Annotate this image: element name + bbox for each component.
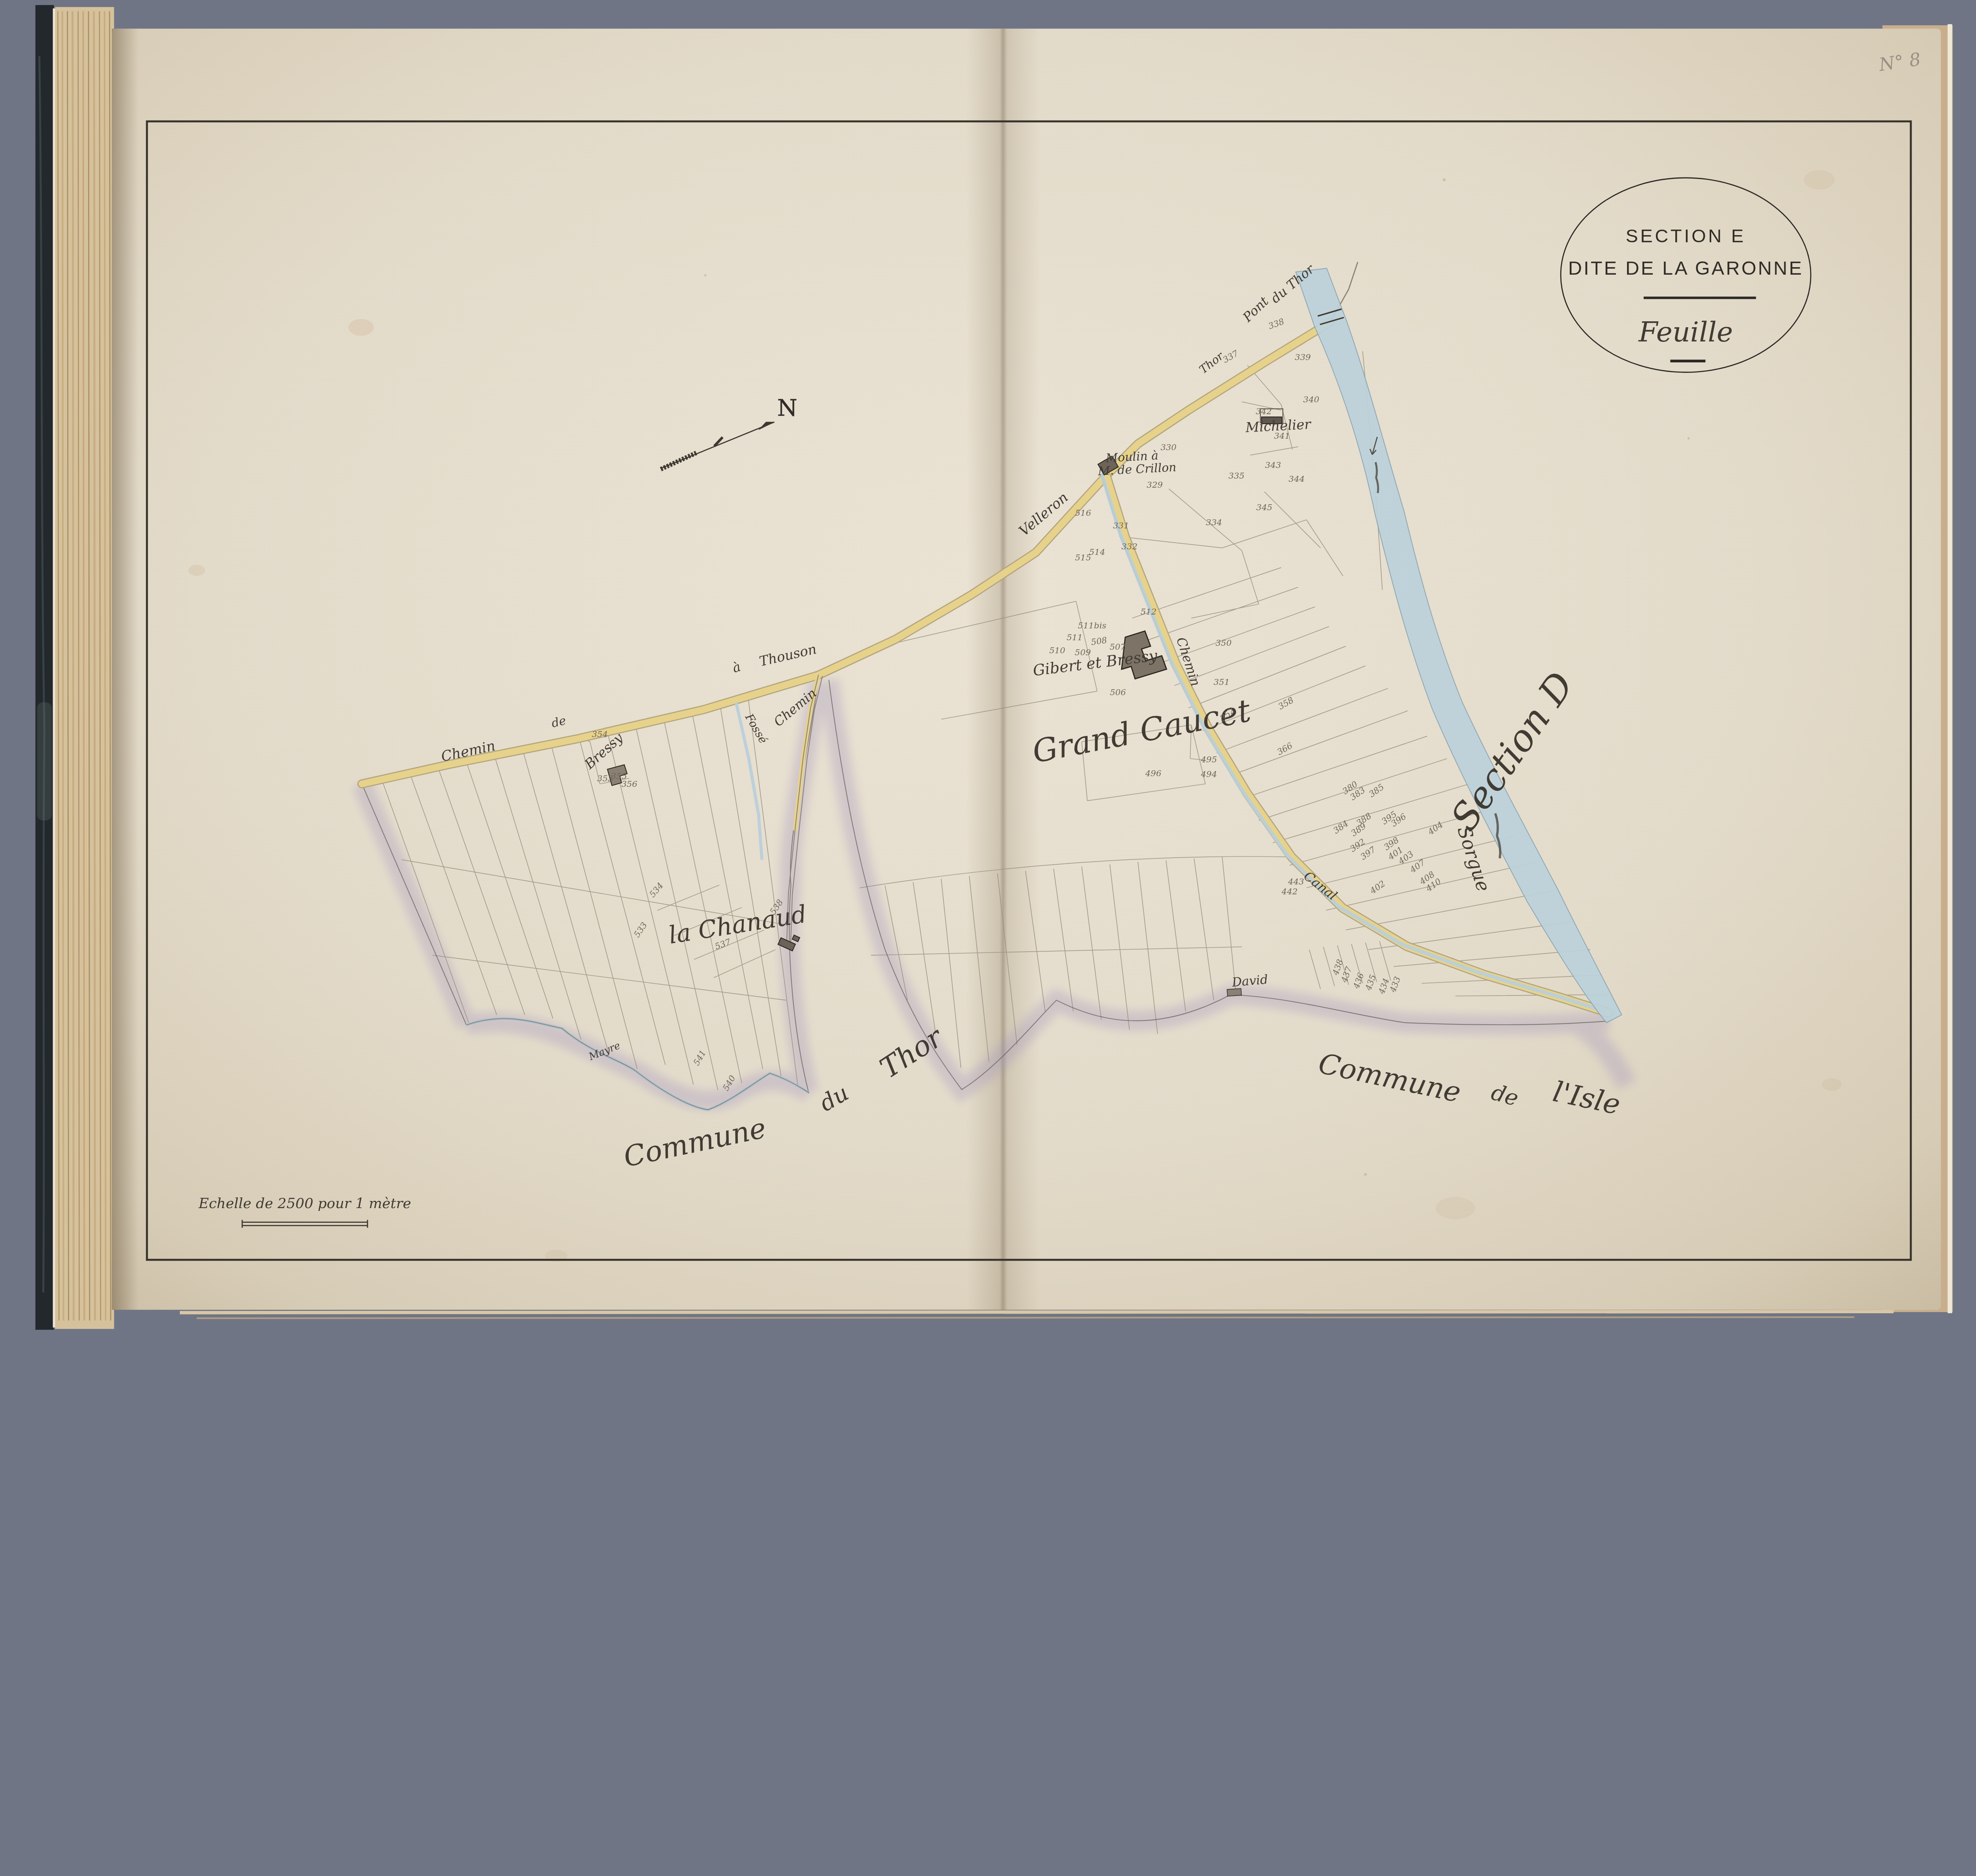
parcel-number: 509 xyxy=(1075,648,1091,658)
gutter-shadow-left xyxy=(112,29,139,1310)
bottom-page-edge2 xyxy=(197,1317,1855,1318)
parcel-number: 339 xyxy=(1295,353,1311,362)
cartouche-subtitle: DITE DE LA GARONNE xyxy=(1568,258,1803,279)
parcel-number: 334 xyxy=(1206,518,1222,528)
parcel-number: 442 xyxy=(1281,887,1298,897)
parcel-number: 510 xyxy=(1049,646,1065,656)
parcel-number: 356 xyxy=(621,779,637,789)
parcel-number: 495 xyxy=(1201,755,1217,765)
atlas-scan: N SECTION E DITE DE LA GARONNE Feuille E… xyxy=(0,0,1976,1334)
parcel-number: 494 xyxy=(1201,769,1217,779)
parcel-number: 340 xyxy=(1303,395,1320,405)
parcel-number: 335 xyxy=(1228,471,1244,481)
building-david xyxy=(1227,988,1242,996)
parcel-number: 443 xyxy=(1288,877,1304,887)
book-cover xyxy=(36,5,54,1330)
cartouche-sheet: Feuille xyxy=(1638,316,1733,348)
page-edge-stack xyxy=(53,7,114,1329)
parcel-number: 515 xyxy=(1075,553,1091,563)
scanned-atlas-page: N SECTION E DITE DE LA GARONNE Feuille E… xyxy=(0,0,1976,1334)
parcel-number: 354 xyxy=(592,730,608,739)
parcel-number: 512 xyxy=(1141,607,1157,617)
parcel-number: 342 xyxy=(1256,407,1272,417)
parcel-number: 496 xyxy=(1145,769,1161,779)
compass-label: N xyxy=(777,394,798,421)
bottom-page-edge xyxy=(180,1312,1894,1313)
parcel-number: 506 xyxy=(1110,688,1126,698)
parcel-number: 507 xyxy=(1110,642,1126,652)
scale-label: Echelle de 2500 pour 1 mètre xyxy=(198,1195,411,1212)
parcel-number: 331 xyxy=(1113,521,1129,531)
parcel-number: 350 xyxy=(1216,638,1232,648)
parcel-number: 345 xyxy=(1256,503,1273,513)
parcel-number: 343 xyxy=(1265,460,1281,470)
parcel-number: 351 xyxy=(1214,677,1230,687)
parcel-number: 341 xyxy=(1274,431,1290,441)
center-fold xyxy=(967,29,1040,1310)
parcel-number: 511bis xyxy=(1078,621,1106,631)
parcel-number: 329 xyxy=(1147,480,1163,490)
parcel-number: 511 xyxy=(1067,633,1083,643)
parcel-number: 330 xyxy=(1160,443,1177,453)
parcel-number: 516 xyxy=(1075,508,1091,518)
parcel-number: 344 xyxy=(1289,474,1305,484)
cartouche-section: SECTION E xyxy=(1626,226,1746,246)
parcel-number: 332 xyxy=(1122,542,1138,552)
parcel-number: 514 xyxy=(1089,547,1105,557)
